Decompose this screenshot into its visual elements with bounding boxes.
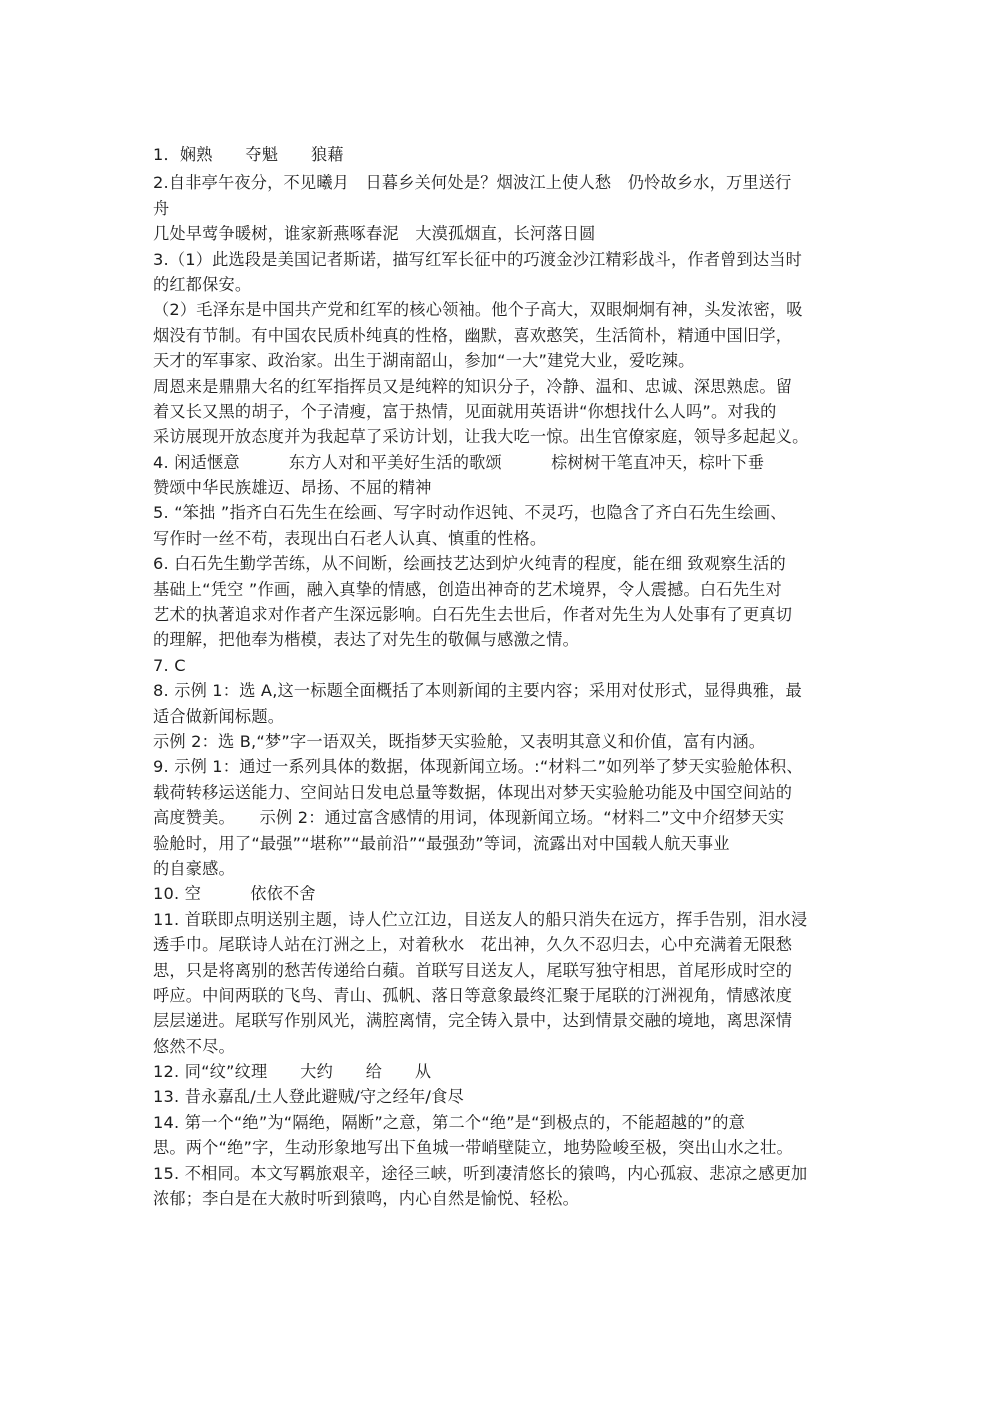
answer-4-line-2: 赞颂中华民族雄迈、昂扬、不屈的精神 xyxy=(153,475,853,500)
answer-3-2-line-4: 周恩来是鼎鼎大名的红军指挥员又是纯粹的知识分子，冷静、温和、忠诚、深思熟虑。留 xyxy=(153,374,853,399)
answer-8-line-1: 8. 示例 1：选 A,这一标题全面概括了本则新闻的主要内容；采用对仗形式，显得… xyxy=(153,678,853,703)
answer-11-line-6: 悠然不尽。 xyxy=(153,1034,853,1059)
answer-3-2-line-1: （2）毛泽东是中国共产党和红军的核心领袖。他个子高大，双眼炯炯有神，头发浓密，吸 xyxy=(153,297,853,322)
answer-14-line-2: 思。两个“绝”字，生动形象地写出下鱼城一带峭壁陡立，地势险峻至极，突出山水之壮。 xyxy=(153,1135,853,1160)
answer-9-line-2: 载荷转移运送能力、空间站日发电总量等数据，体现出对梦天实验舱功能及中国空间站的 xyxy=(153,780,853,805)
answer-6-line-4: 的理解，把他奉为楷模，表达了对先生的敬佩与感激之情。 xyxy=(153,627,853,652)
answer-7: 7. C xyxy=(153,653,853,678)
answer-3-2-line-2: 烟没有节制。有中国农民质朴纯真的性格，幽默，喜欢憨笑，生活简朴，精通中国旧学， xyxy=(153,323,853,348)
answer-10: 10. 空 依依不舍 xyxy=(153,881,853,906)
answer-9-line-5: 的自豪感。 xyxy=(153,856,853,881)
answer-3-2-line-3: 天才的军事家、政治家。出生于湖南韶山，参加“一大”建党大业，爱吃辣。 xyxy=(153,348,853,373)
answer-12: 12. 同“纹”纹理 大约 给 从 xyxy=(153,1059,853,1084)
answer-11-line-3: 思，只是将离别的愁苦传递给白蘋。首联写目送友人，尾联写独守相思，首尾形成时空的 xyxy=(153,958,853,983)
answer-11-line-1: 11. 首联即点明送别主题，诗人伫立江边，目送友人的船只消失在远方，挥手告别，泪… xyxy=(153,907,853,932)
answer-8-line-3: 示例 2：选 B,“梦”字一语双关，既指梦天实验舱，又表明其意义和价值，富有内涵… xyxy=(153,729,853,754)
answer-4-line-1: 4. 闲适惬意 东方人对和平美好生活的歌颂 棕树树干笔直冲天，棕叶下垂 xyxy=(153,450,853,475)
answer-11-line-2: 透手巾。尾联诗人站在汀洲之上，对着秋水 花出神，久久不忍归去，心中充满着无限愁 xyxy=(153,932,853,957)
answer-14-line-1: 14. 第一个“绝”为“隔绝，隔断”之意，第二个“绝”是“到极点的，不能超越的”… xyxy=(153,1110,853,1135)
answer-11-line-4: 呼应。中间两联的飞鸟、青山、孤帆、落日等意象最终汇聚于尾联的汀洲视角，情感浓度 xyxy=(153,983,853,1008)
answer-11-line-5: 层层递进。尾联写作别风光，满腔离情，完全铸入景中，达到情景交融的境地，离思深情 xyxy=(153,1008,853,1033)
answer-9-line-1: 9. 示例 1：通过一系列具体的数据，体现新闻立场。:“材料二”如列举了梦天实验… xyxy=(153,754,853,779)
answer-5-line-1: 5. “笨拙 ”指齐白石先生在绘画、写字时动作迟钝、不灵巧，也隐含了齐白石先生绘… xyxy=(153,500,853,525)
answer-13: 13. 昔永嘉乱/土人登此避贼/守之经年/食尽 xyxy=(153,1084,853,1109)
answer-1: 1．娴熟 夺魁 狼藉 xyxy=(153,142,853,167)
answer-8-line-2: 适合做新闻标题。 xyxy=(153,704,853,729)
answer-3-1-line-1: 3.（1）此选段是美国记者斯诺，描写红军长征中的巧渡金沙江精彩战斗，作者曾到达当… xyxy=(153,247,853,272)
answer-2-line-1: 2.自非亭午夜分，不见曦月 日暮乡关何处是？烟波江上使人愁 仍怜故乡水，万里送行 xyxy=(153,170,853,195)
answer-2-line-2: 舟 xyxy=(153,196,853,221)
answer-9-line-3: 高度赞美。 示例 2：通过富含感情的用词，体现新闻立场。“材料二”文中介绍梦天实 xyxy=(153,805,853,830)
answer-3-1-line-2: 的红都保安。 xyxy=(153,272,853,297)
answer-6-line-1: 6. 白石先生勤学苦练，从不间断，绘画技艺达到炉火纯青的程度，能在细 致观察生活… xyxy=(153,551,853,576)
answer-2-line-3: 几处早莺争暖树，谁家新燕啄春泥 大漠孤烟直，长河落日圆 xyxy=(153,221,853,246)
answer-6-line-3: 艺术的执著追求对作者产生深远影响。白石先生去世后，作者对先生为人处事有了更真切 xyxy=(153,602,853,627)
answer-6-line-2: 基础上“凭空 ”作画，融入真挚的情感，创造出神奇的艺术境界，令人震撼。白石先生对 xyxy=(153,577,853,602)
answer-9-line-4: 验舱时，用了“最强”“堪称”“最前沿”“最强劲”等词，流露出对中国载人航天事业 xyxy=(153,831,853,856)
answer-3-2-line-6: 采访展现开放态度并为我起草了采访计划，让我大吃一惊。出生官僚家庭，领导多起起义。 xyxy=(153,424,853,449)
answer-3-2-line-5: 着又长又黑的胡子，个子清瘦，富于热情，见面就用英语讲“你想找什么人吗”。对我的 xyxy=(153,399,853,424)
answer-5-line-2: 写作时一丝不苟，表现出白石老人认真、慎重的性格。 xyxy=(153,526,853,551)
answer-key-document: 1．娴熟 夺魁 狼藉 2.自非亭午夜分，不见曦月 日暮乡关何处是？烟波江上使人愁… xyxy=(153,142,853,1211)
answer-15-line-1: 15. 不相同。本文写羁旅艰辛，途径三峡，听到凄清悠长的猿鸣，内心孤寂、悲凉之感… xyxy=(153,1161,853,1186)
answer-15-line-2: 浓郁；李白是在大赦时听到猿鸣，内心自然是愉悦、轻松。 xyxy=(153,1186,853,1211)
